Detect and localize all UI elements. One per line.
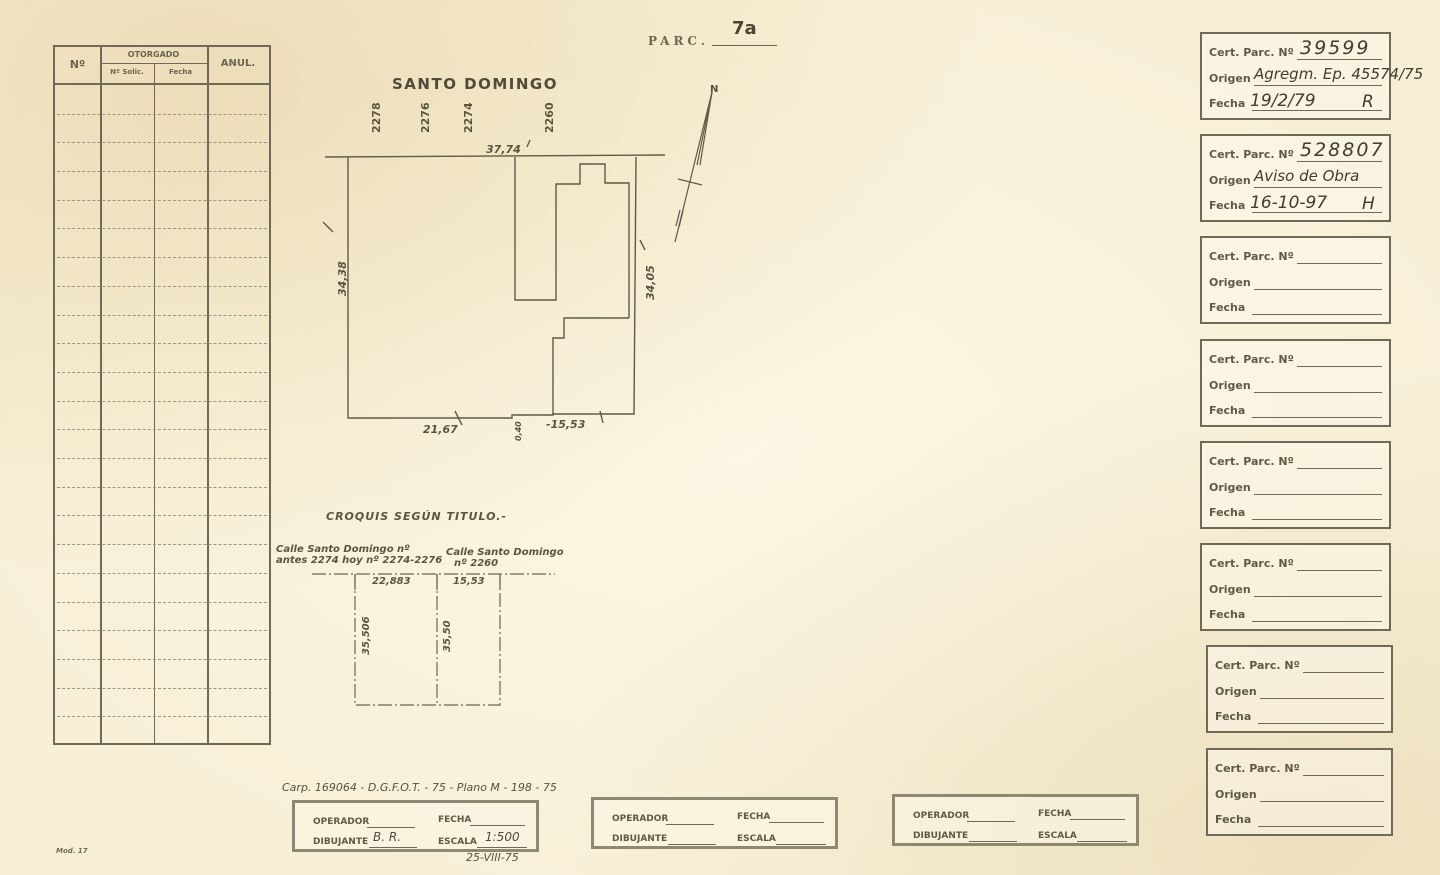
origen-label: Origen <box>1215 685 1257 698</box>
fecha-value: 16-10-97 <box>1250 193 1327 213</box>
north-arrow-icon <box>675 92 712 242</box>
drawing-date: 25-VIII-75 <box>466 851 519 864</box>
fecha-line <box>1070 819 1125 820</box>
fecha-label: FECHA <box>438 815 471 825</box>
cert-value: 39599 <box>1300 37 1370 59</box>
fecha-label: Fecha <box>1209 199 1245 212</box>
cert-line <box>1297 263 1382 264</box>
fecha-value: 19/2/79 <box>1250 91 1316 111</box>
escala-label: ESCALA <box>438 837 477 847</box>
operador-label: OPERADOR <box>313 817 369 827</box>
fecha-line <box>1252 314 1382 315</box>
dibujante-label: DIBUJANTE <box>913 831 968 841</box>
cert-label: Cert. Parc. Nº <box>1209 455 1294 468</box>
origen-label: Origen <box>1209 174 1251 187</box>
origen-line <box>1260 698 1384 699</box>
certificate-box: Cert. Parc. Nº Origen Fecha <box>1200 339 1391 427</box>
fecha-label: FECHA <box>1038 809 1071 819</box>
dibujante-label: DIBUJANTE <box>612 834 667 844</box>
cert-line <box>1303 672 1384 673</box>
origen-label: Origen <box>1209 583 1251 596</box>
dimension-back-offset: 0,40 <box>514 421 523 441</box>
cert-label: Cert. Parc. Nº <box>1209 250 1294 263</box>
operador-line <box>666 824 714 825</box>
certificate-box: Cert. Parc. Nº Origen Fecha <box>1206 748 1393 836</box>
lot-b-front: 15,53 <box>453 576 485 587</box>
fecha-label: FECHA <box>737 812 770 822</box>
fecha-line <box>1258 826 1384 827</box>
cert-line <box>1297 59 1382 60</box>
cert-line <box>1297 468 1382 469</box>
escala-value: 1:500 <box>485 830 520 844</box>
initials: H <box>1362 194 1375 214</box>
cert-line <box>1297 366 1382 367</box>
operator-stamp-1: OPERADOR FECHA DIBUJANTE B. R. ESCALA 1:… <box>292 800 539 852</box>
fecha-line <box>1252 519 1382 520</box>
dibujante-line <box>969 841 1017 842</box>
origen-label: Origen <box>1209 481 1251 494</box>
origen-line <box>1254 187 1382 188</box>
cert-label: Cert. Parc. Nº <box>1209 46 1294 59</box>
model-number: Mod. 17 <box>56 847 88 855</box>
fecha-line <box>1258 723 1384 724</box>
escala-label: ESCALA <box>737 834 776 844</box>
cert-label: Cert. Parc. Nº <box>1209 353 1294 366</box>
lot-a-depth: 35,506 <box>361 616 372 655</box>
certificate-box: Cert. Parc. Nº 39599 Origen Agregm. Ep. … <box>1200 32 1391 120</box>
operator-stamp-3: OPERADOR FECHA DIBUJANTE ESCALA <box>892 794 1139 846</box>
lot-b-street: Calle Santo Domingo nº 2260 <box>446 547 564 569</box>
origen-line <box>1254 289 1382 290</box>
lot-b-street-line1: Calle Santo Domingo <box>446 547 564 558</box>
cert-line <box>1303 775 1384 776</box>
cert-value: 528807 <box>1300 139 1385 161</box>
escala-line <box>477 847 527 848</box>
cert-line <box>1297 161 1382 162</box>
cert-label: Cert. Parc. Nº <box>1209 148 1294 161</box>
lot-a-street-line2: antes 2274 hoy nº 2274-2276 <box>276 555 442 566</box>
certificate-box: Cert. Parc. Nº Origen Fecha <box>1206 645 1393 733</box>
fecha-label: Fecha <box>1209 608 1245 621</box>
escala-label: ESCALA <box>1038 831 1077 841</box>
dibujante-value: B. R. <box>373 830 401 844</box>
operador-label: OPERADOR <box>612 814 668 824</box>
operador-line <box>367 827 415 828</box>
operador-label: OPERADOR <box>913 811 969 821</box>
initials: R <box>1362 92 1374 112</box>
dibujante-line <box>369 847 417 848</box>
dibujante-line <box>668 844 716 845</box>
origen-label: Origen <box>1215 788 1257 801</box>
fecha-label: Fecha <box>1215 813 1251 826</box>
fecha-label: Fecha <box>1209 301 1245 314</box>
fecha-line <box>769 822 824 823</box>
fecha-line <box>1252 621 1382 622</box>
certificate-box: Cert. Parc. Nº Origen Fecha <box>1200 236 1391 324</box>
lot-a-street-line1: Calle Santo Domingo nº <box>276 544 410 555</box>
certificate-box: Cert. Parc. Nº Origen Fecha <box>1200 441 1391 529</box>
dimension-front: 37,74 <box>486 143 521 156</box>
certificate-box: Cert. Parc. Nº 528807 Origen Aviso de Ob… <box>1200 134 1391 222</box>
fecha-line <box>1252 417 1382 418</box>
certificate-box: Cert. Parc. Nº Origen Fecha <box>1200 543 1391 631</box>
origen-value: Aviso de Obra <box>1254 167 1359 185</box>
origen-label: Origen <box>1209 72 1251 85</box>
origen-line <box>1254 596 1382 597</box>
lot-b-depth: 35,50 <box>442 620 453 652</box>
cert-line <box>1297 570 1382 571</box>
fecha-label: Fecha <box>1209 97 1245 110</box>
croquis-title: CROQUIS SEGÚN TITULO.- <box>326 510 507 523</box>
dimension-right: 34,05 <box>644 265 657 300</box>
lot-a-street: Calle Santo Domingo nº antes 2274 hoy nº… <box>276 544 442 566</box>
operador-line <box>967 821 1015 822</box>
fecha-label: Fecha <box>1209 506 1245 519</box>
fecha-label: Fecha <box>1215 710 1251 723</box>
dimension-back-left: 21,67 <box>423 423 458 436</box>
cert-label: Cert. Parc. Nº <box>1209 557 1294 570</box>
cert-label: Cert. Parc. Nº <box>1215 659 1300 672</box>
origen-line <box>1254 494 1382 495</box>
carpeta-reference: Carp. 169064 - D.G.F.O.T. - 75 - Plano M… <box>282 781 557 794</box>
dimension-back-right: -15,53 <box>546 418 585 431</box>
origen-value: Agregm. Ep. 45574/75 <box>1254 65 1423 83</box>
escala-line <box>1077 841 1127 842</box>
origen-line <box>1254 392 1382 393</box>
north-label: N <box>710 84 718 95</box>
lot-b-street-line2: nº 2260 <box>454 558 498 569</box>
origen-label: Origen <box>1209 276 1251 289</box>
origen-label: Origen <box>1209 379 1251 392</box>
fecha-label: Fecha <box>1209 404 1245 417</box>
escala-line <box>776 844 826 845</box>
operator-stamp-2: OPERADOR FECHA DIBUJANTE ESCALA <box>591 797 838 849</box>
origen-line <box>1254 85 1382 86</box>
plan-drawing <box>0 0 1440 875</box>
dimension-left: 34,38 <box>336 261 349 296</box>
parcel-record-card: Nº OTORGADO Nº Solic. Fecha ANUL. PARC. … <box>0 0 1440 875</box>
dibujante-label: DIBUJANTE <box>313 837 368 847</box>
cert-label: Cert. Parc. Nº <box>1215 762 1300 775</box>
fecha-line <box>470 825 525 826</box>
lot-a-front: 22,883 <box>372 576 411 587</box>
origen-line <box>1260 801 1384 802</box>
